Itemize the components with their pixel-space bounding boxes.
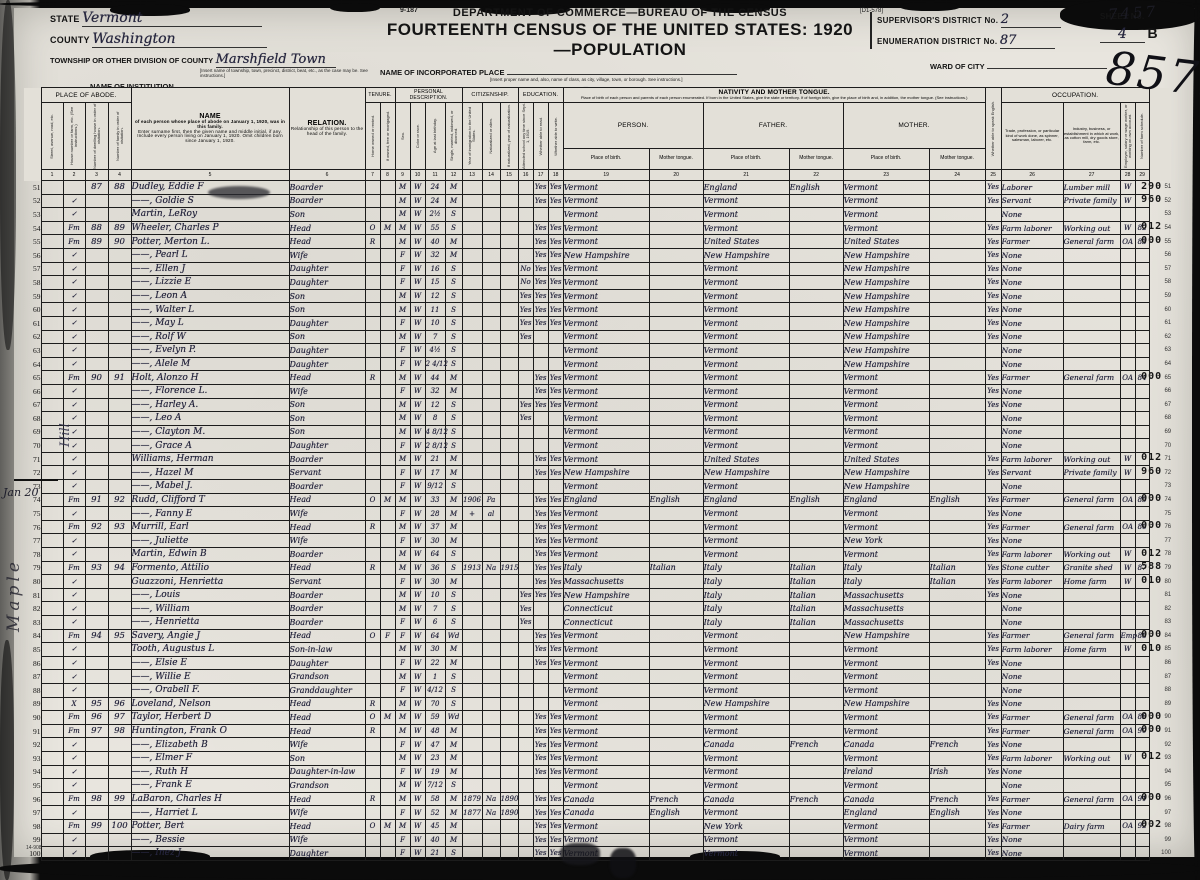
cell-own: [365, 439, 380, 453]
cell-age: 40: [425, 833, 445, 847]
census-row: 89X9596Loveland, NelsonHeadRMW70SVermont…: [24, 697, 1171, 711]
cell-iy: [462, 181, 482, 195]
cell-fam: [108, 534, 131, 548]
row-number-right: 75: [1149, 507, 1171, 521]
cell-age: 47: [425, 738, 445, 752]
cell-ind: General farm: [1063, 235, 1120, 249]
cell-wr: [548, 208, 563, 222]
cell-farm: ✓: [63, 289, 85, 303]
cell-name: ——, Henrietta: [131, 616, 289, 630]
cell-fs: [1135, 262, 1149, 276]
census-row: 53✓Martin, LeRoySonMW2½SVermontVermontVe…: [24, 208, 1171, 222]
cell-mt: [929, 616, 985, 630]
cell-color: W: [410, 833, 425, 847]
cell-ny: [500, 833, 518, 847]
row-number-right: 70: [1149, 439, 1171, 453]
cell-farm: ✓: [63, 683, 85, 697]
cell-mt: [929, 629, 985, 643]
cell-ny: [500, 371, 518, 385]
column-number: 28: [1120, 170, 1135, 181]
cell-farm: ✓: [63, 398, 85, 412]
cell-color: W: [410, 330, 425, 344]
cell-ind: [1063, 806, 1120, 820]
cell-st: [41, 534, 63, 548]
cell-fam: [108, 303, 131, 317]
cell-pb: Vermont: [563, 344, 649, 358]
cell-age: 7: [425, 330, 445, 344]
cell-own: [365, 330, 380, 344]
cell-iy: [462, 262, 482, 276]
cell-en: [985, 602, 1001, 616]
row-number-label: 89: [1164, 701, 1171, 707]
cell-fam: [108, 765, 131, 779]
cell-rel: Head: [289, 711, 365, 725]
cell-own: [365, 480, 380, 494]
census-row: 65Fm9091Holt, Alonzo HHeadRMW44MYesYesVe…: [24, 371, 1171, 385]
cell-sex: F: [395, 276, 410, 290]
cell-rd: [533, 439, 548, 453]
cell-rd: Yes: [533, 751, 548, 765]
cell-sex: M: [395, 398, 410, 412]
cell-color: W: [410, 711, 425, 725]
cell-sc: [518, 344, 533, 358]
cell-mb: New Hampshire: [843, 276, 929, 290]
cell-na: [482, 330, 500, 344]
cell-pb: Vermont: [563, 656, 649, 670]
cell-rd: Yes: [533, 548, 548, 562]
cell-na: [482, 670, 500, 684]
cell-pt: [649, 344, 703, 358]
row-number-label: 74: [1164, 497, 1171, 503]
cell-mar: Wd: [445, 711, 462, 725]
cell-age: 23: [425, 751, 445, 765]
margin-stamp: 012: [1141, 548, 1162, 559]
cell-ft: [789, 235, 843, 249]
row-number-label: 75: [1164, 511, 1171, 517]
cell-emp: [1120, 683, 1135, 697]
cell-mb: Canada: [843, 738, 929, 752]
cell-rel: Head: [289, 221, 365, 235]
cell-color: W: [410, 819, 425, 833]
cell-pb: Vermont: [563, 819, 649, 833]
row-number-left: 67: [24, 398, 41, 412]
cell-iy: 1879: [462, 792, 482, 806]
cell-mar: M: [445, 181, 462, 195]
cell-fs: [1135, 208, 1149, 222]
cell-pb: Vermont: [563, 683, 649, 697]
cell-name: ——, Bessie: [131, 833, 289, 847]
cell-ny: [500, 235, 518, 249]
cell-st: [41, 194, 63, 208]
cell-color: W: [410, 316, 425, 330]
cell-mar: S: [445, 221, 462, 235]
cell-rel: Wife: [289, 833, 365, 847]
census-row: 81✓——, LouisBoarderMW10SYesYesYesNew Ham…: [24, 588, 1171, 602]
township-value: Marshfield Town: [216, 52, 336, 68]
cell-na: [482, 575, 500, 589]
cell-mort: [380, 847, 395, 861]
cell-sex: M: [395, 330, 410, 344]
cell-pb: Vermont: [563, 520, 649, 534]
cell-rel: Granddaughter: [289, 683, 365, 697]
cell-wr: Yes: [548, 833, 563, 847]
margin-stamp: 000: [1141, 493, 1162, 504]
row-number-right: 89: [1149, 697, 1171, 711]
cell-wr: Yes: [548, 262, 563, 276]
cell-pt: Italian: [649, 561, 703, 575]
cell-farm: X: [63, 697, 85, 711]
cell-rel: Daughter: [289, 276, 365, 290]
cell-sc: [518, 384, 533, 398]
column-number: 11: [425, 170, 445, 181]
cell-ind: [1063, 847, 1120, 861]
cell-sc: No: [518, 276, 533, 290]
row-number-right: 76000: [1149, 520, 1171, 534]
cell-fb: Canada: [703, 738, 789, 752]
cell-farm: ✓: [63, 643, 85, 657]
cell-na: [482, 425, 500, 439]
cell-mort: [380, 534, 395, 548]
cell-ind: General farm: [1063, 792, 1120, 806]
cell-color: W: [410, 602, 425, 616]
cell-mb: Vermont: [843, 724, 929, 738]
cell-na: [482, 303, 500, 317]
row-number-left: 96: [24, 792, 41, 806]
cell-own: [365, 398, 380, 412]
cell-en: Yes: [985, 724, 1001, 738]
cell-ft: [789, 357, 843, 371]
cell-ny: [500, 751, 518, 765]
row-number-left: 83: [24, 616, 41, 630]
cell-ny: [500, 765, 518, 779]
cell-dw: [85, 439, 108, 453]
cell-dw: 92: [85, 520, 108, 534]
cell-mb: Massachusetts: [843, 616, 929, 630]
cell-dw: [85, 507, 108, 521]
cell-tr: Farm laborer: [1001, 452, 1063, 466]
cell-fam: [108, 616, 131, 630]
cell-fb: New Hampshire: [703, 466, 789, 480]
cell-st: [41, 561, 63, 575]
cell-na: [482, 697, 500, 711]
cell-na: [482, 643, 500, 657]
cell-emp: OA: [1120, 371, 1135, 385]
cell-fam: [108, 289, 131, 303]
scan-blob: [0, 640, 14, 880]
cell-en: Yes: [985, 806, 1001, 820]
cell-emp: W: [1120, 548, 1135, 562]
cell-sc: [518, 751, 533, 765]
cell-rd: Yes: [533, 561, 548, 575]
cell-sc: No: [518, 262, 533, 276]
row-number-right: 71012: [1149, 452, 1171, 466]
cell-sex: M: [395, 371, 410, 385]
cell-na: [482, 779, 500, 793]
cell-en: Yes: [985, 765, 1001, 779]
cell-en: Yes: [985, 289, 1001, 303]
cell-sc: [518, 819, 533, 833]
cell-sc: Yes: [518, 330, 533, 344]
cell-age: 52: [425, 806, 445, 820]
census-row: 56✓——, Pearl LWifeFW32MYesYesNew Hampshi…: [24, 248, 1171, 262]
cell-fb: Vermont: [703, 303, 789, 317]
cell-fam: [108, 643, 131, 657]
column-number: 16: [518, 170, 533, 181]
cell-pt: [649, 181, 703, 195]
cell-en: Yes: [985, 738, 1001, 752]
row-number-right: 90000: [1149, 711, 1171, 725]
col27-header: Industry, business, or establishment in …: [1063, 103, 1120, 170]
cell-na: [482, 765, 500, 779]
row-number-right: 51290: [1149, 181, 1171, 195]
cell-sc: [518, 534, 533, 548]
column-number: 27: [1063, 170, 1120, 181]
cell-fam: [108, 683, 131, 697]
census-row: 83✓——, HenriettaBoarderFW6SYesConnecticu…: [24, 616, 1171, 630]
cell-name: Taylor, Herbert D: [131, 711, 289, 725]
cell-en: Yes: [985, 235, 1001, 249]
census-row: 71✓Williams, HermanBoarderMW21MYesYesVer…: [24, 452, 1171, 466]
cell-ft: [789, 316, 843, 330]
row-number-left: 53: [24, 208, 41, 222]
cell-sc: [518, 493, 533, 507]
row-number-left: 51: [24, 181, 41, 195]
margin-stamp: 012: [1141, 221, 1162, 232]
cell-ft: [789, 221, 843, 235]
column-number: 5: [131, 170, 289, 181]
form-number: 9-187: [400, 7, 418, 14]
cell-sex: M: [395, 235, 410, 249]
cell-iy: [462, 779, 482, 793]
cell-dw: [85, 480, 108, 494]
cell-rel: Son: [289, 412, 365, 426]
cell-color: W: [410, 344, 425, 358]
cell-pt: [649, 208, 703, 222]
row-number-right: 73: [1149, 480, 1171, 494]
cell-mt: [929, 303, 985, 317]
cell-name: ——, Florence L.: [131, 384, 289, 398]
cell-farm: Fm: [63, 711, 85, 725]
cell-ft: English: [789, 181, 843, 195]
column-number: 13: [462, 170, 482, 181]
cell-fb: Italy: [703, 616, 789, 630]
cell-dw: [85, 588, 108, 602]
cell-own: R: [365, 371, 380, 385]
cell-st: [41, 833, 63, 847]
census-row: 69✓——, Clayton M.SonMW4 8/12SVermontVerm…: [24, 425, 1171, 439]
column-number: 10: [410, 170, 425, 181]
cell-iy: [462, 425, 482, 439]
column-number: 15: [500, 170, 518, 181]
cell-pb: Connecticut: [563, 602, 649, 616]
cell-own: [365, 194, 380, 208]
scanned-census-page: { "colors": { "paper": "#e8e5de", "ink":…: [0, 0, 1200, 880]
cell-ft: [789, 548, 843, 562]
cell-pt: [649, 683, 703, 697]
cell-ft: [789, 629, 843, 643]
cell-dw: 88: [85, 221, 108, 235]
cell-mt: [929, 819, 985, 833]
cell-mar: S: [445, 344, 462, 358]
cell-pb: Vermont: [563, 738, 649, 752]
cell-own: O: [365, 711, 380, 725]
cell-wr: Yes: [548, 221, 563, 235]
cell-mb: New Hampshire: [843, 629, 929, 643]
cell-sex: F: [395, 738, 410, 752]
cell-dw: 91: [85, 493, 108, 507]
cell-fam: 99: [108, 792, 131, 806]
cell-name: ——, Elmer F: [131, 751, 289, 765]
cell-ind: Working out: [1063, 751, 1120, 765]
cell-color: W: [410, 303, 425, 317]
cell-name: Tooth, Augustus L: [131, 643, 289, 657]
corner-handwritten-number: 7457: [1107, 2, 1158, 23]
cell-rel: Wife: [289, 806, 365, 820]
cell-farm: ✓: [63, 480, 85, 494]
cell-farm: ✓: [63, 466, 85, 480]
cell-farm: Fm: [63, 792, 85, 806]
cell-mar: M: [445, 738, 462, 752]
cell-mt: [929, 670, 985, 684]
cell-ind: [1063, 316, 1120, 330]
cell-mar: M: [445, 520, 462, 534]
cell-name: ——, Elizabeth B: [131, 738, 289, 752]
cell-ft: [789, 398, 843, 412]
cell-rd: Yes: [533, 194, 548, 208]
cell-emp: [1120, 656, 1135, 670]
cell-sc: [518, 670, 533, 684]
cell-mort: [380, 765, 395, 779]
cell-ind: [1063, 480, 1120, 494]
cell-sc: [518, 439, 533, 453]
row-number-label: 55: [1164, 239, 1171, 245]
cell-age: 22: [425, 656, 445, 670]
cell-sc: [518, 520, 533, 534]
cell-pb: Vermont: [563, 357, 649, 371]
cell-ny: [500, 507, 518, 521]
cell-mort: [380, 303, 395, 317]
cell-st: [41, 792, 63, 806]
cell-color: W: [410, 520, 425, 534]
cell-sc: [518, 738, 533, 752]
cell-st: [41, 480, 63, 494]
cell-en: [985, 779, 1001, 793]
row-number-left: 91: [24, 724, 41, 738]
cell-mort: [380, 751, 395, 765]
cell-iy: [462, 384, 482, 398]
cell-sc: Yes: [518, 412, 533, 426]
cell-wr: [548, 602, 563, 616]
cell-fb: United States: [703, 452, 789, 466]
cell-sc: Yes: [518, 588, 533, 602]
cell-iy: 1877: [462, 806, 482, 820]
cell-fb: Vermont: [703, 330, 789, 344]
cell-dw: [85, 425, 108, 439]
cell-fs: [1135, 330, 1149, 344]
cell-wr: Yes: [548, 806, 563, 820]
census-rows: 518788Dudley, Eddie FBoarderMW24MYesYesV…: [24, 181, 1171, 861]
row-number-left: 79: [24, 561, 41, 575]
cell-dw: [85, 276, 108, 290]
cell-iy: [462, 221, 482, 235]
cell-own: R: [365, 235, 380, 249]
row-number-right: 58: [1149, 276, 1171, 290]
cell-ft: [789, 806, 843, 820]
cell-pt: [649, 330, 703, 344]
cell-pt: French: [649, 792, 703, 806]
cell-fb: Vermont: [703, 765, 789, 779]
cell-rel: Boarder: [289, 181, 365, 195]
cell-color: W: [410, 466, 425, 480]
cell-fs: [1135, 847, 1149, 861]
census-row: 62✓——, Rolf WSonMW7SYesVermontVermontNew…: [24, 330, 1171, 344]
col14-header: Naturalized or alien.: [482, 103, 500, 170]
cell-ind: [1063, 779, 1120, 793]
cell-na: al: [482, 507, 500, 521]
cell-farm: ✓: [63, 344, 85, 358]
cell-iy: [462, 289, 482, 303]
cell-rd: Yes: [533, 765, 548, 779]
cell-na: [482, 412, 500, 426]
cell-own: [365, 806, 380, 820]
cell-ny: [500, 303, 518, 317]
col8-header: If owned, free or mortgaged.: [380, 103, 395, 170]
cell-pt: [649, 276, 703, 290]
cell-name: ——, Leon A: [131, 289, 289, 303]
cell-na: [482, 398, 500, 412]
census-title: FOURTEENTH CENSUS OF THE UNITED STATES: …: [380, 20, 860, 60]
cell-ft: [789, 439, 843, 453]
col28-header: Employer, salary or wage worker, or work…: [1120, 103, 1135, 170]
cell-en: [985, 683, 1001, 697]
cell-st: [41, 847, 63, 861]
cell-mb: New Hampshire: [843, 289, 929, 303]
cell-ind: [1063, 656, 1120, 670]
cell-age: 9/12: [425, 480, 445, 494]
cell-age: 21: [425, 452, 445, 466]
cell-own: [365, 765, 380, 779]
cell-sc: [518, 181, 533, 195]
cell-mt: [929, 371, 985, 385]
cell-fam: [108, 656, 131, 670]
cell-fam: 88: [108, 181, 131, 195]
cell-iy: [462, 276, 482, 290]
cell-pt: English: [649, 806, 703, 820]
cell-sc: [518, 847, 533, 861]
cell-ny: [500, 344, 518, 358]
cell-tr: None: [1001, 439, 1063, 453]
cell-st: [41, 357, 63, 371]
cell-iy: [462, 398, 482, 412]
margin-word-vertical: Maple: [4, 558, 24, 632]
cell-name: Huntington, Frank O: [131, 724, 289, 738]
cell-rd: Yes: [533, 262, 548, 276]
cell-pb: Vermont: [563, 439, 649, 453]
cell-ft: [789, 480, 843, 494]
cell-rd: Yes: [533, 398, 548, 412]
cell-emp: W: [1120, 575, 1135, 589]
cell-age: 4½: [425, 344, 445, 358]
cell-rd: Yes: [533, 235, 548, 249]
cell-en: Yes: [985, 561, 1001, 575]
cell-en: [985, 425, 1001, 439]
cell-ind: [1063, 330, 1120, 344]
cell-st: [41, 575, 63, 589]
cell-rel: Daughter: [289, 847, 365, 861]
cell-mt: [929, 588, 985, 602]
cell-rel: Boarder: [289, 616, 365, 630]
cell-fam: [108, 480, 131, 494]
